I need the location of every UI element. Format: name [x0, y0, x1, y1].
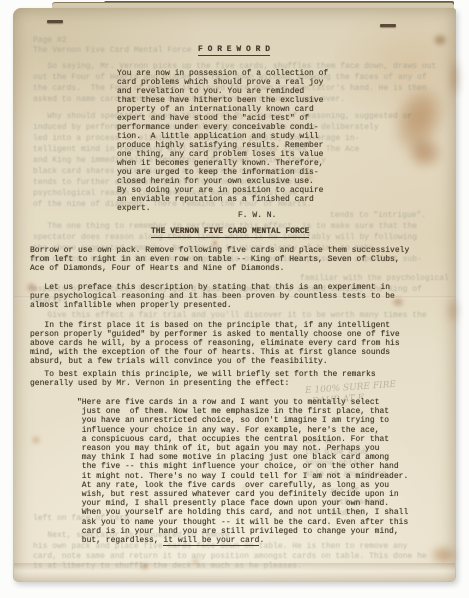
paragraph-setup: Borrow or use own pack. Remove following…	[30, 246, 409, 273]
ghost-text-line: card, note same and return it to any pos…	[33, 552, 427, 561]
crease-line	[14, 296, 455, 299]
foreword-body: You are now in possession of a collectio…	[117, 69, 328, 213]
ghost-text-line: Give this effect a fair trial and you'll…	[33, 311, 427, 320]
quote-last-suffix: .	[259, 536, 264, 545]
foreword-heading-text: F O R E W O R D	[198, 45, 270, 56]
document-title-text: THE VERNON FIVE CARD MENTAL FORCE	[151, 227, 309, 238]
quote-last-prefix: but, regardless,	[77, 536, 163, 545]
paragraph-explain: To best explain this principle, we will …	[30, 370, 376, 388]
underlined-phrase: it will be your card	[163, 536, 259, 546]
staple-icon	[47, 20, 63, 23]
manuscript-photo: Page #2The Vernon Five Card Mental Force…	[0, 0, 469, 598]
paragraph-principle: In the first place it is based on the pr…	[30, 321, 400, 366]
ghost-text-line: The Vernon Five Card Mental Force	[33, 46, 191, 55]
author-initials: F. W. N.	[238, 211, 276, 220]
document-title: THE VERNON FIVE CARD MENTAL FORCE	[151, 227, 309, 236]
vernon-quote-block: "Here are five cards in a row and I want…	[77, 398, 408, 536]
quote-last-line: but, regardless, it will be your card.	[77, 536, 264, 545]
ghost-text-line: familiar with the psychological	[300, 274, 449, 283]
ghost-text-line: Page #2	[33, 36, 67, 45]
staple-icon	[380, 24, 396, 27]
fold-crease	[14, 563, 455, 581]
ghost-text-line: tends to "intrigue".	[330, 211, 426, 220]
foreword-heading: F O R E W O R D	[198, 45, 270, 54]
